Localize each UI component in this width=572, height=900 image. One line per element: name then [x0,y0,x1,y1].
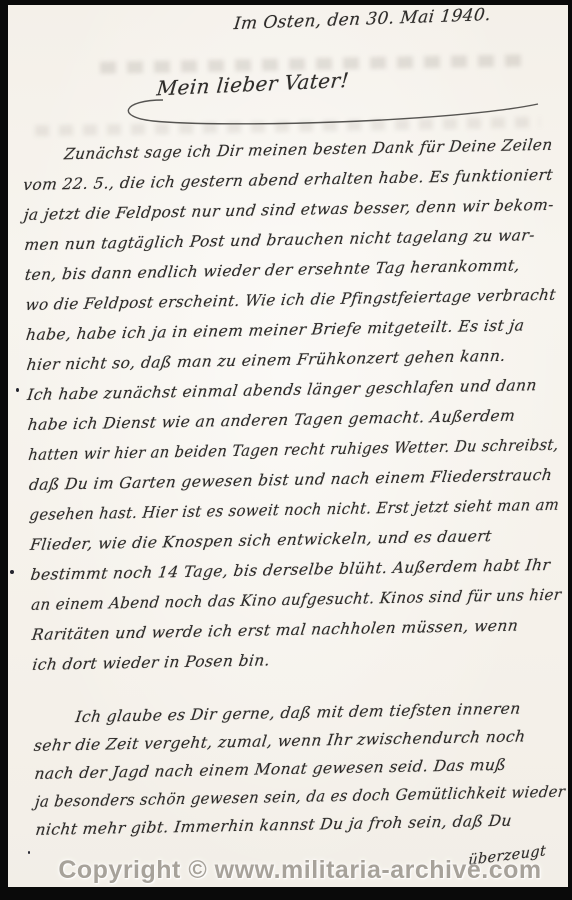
ink-speck [28,851,30,854]
ink-speck [10,570,14,574]
letter-scan-page: Im Osten, den 30. Mai 1940. Mein lieber … [0,0,572,900]
letter-salutation-block: Mein lieber Vater! [118,78,448,124]
copyright-watermark: Copyright © www.militaria-archive.com [14,856,572,885]
ink-speck [16,388,19,392]
letter-body: Zunächst sage ich Dir meinen besten Dank… [22,130,565,844]
letter-paragraph-1: Zunächst sage ich Dir meinen besten Dank… [22,130,562,680]
scan-border-bottom [0,887,572,900]
salutation-flourish-underline [33,92,553,132]
scan-border-left [0,0,8,900]
scan-border-right [568,0,572,900]
letter-dateline: Im Osten, den 30. Mai 1940. [233,5,492,34]
letter-paragraph-2: Ich glaube es Dir gerne, daß mit dem tie… [33,694,566,844]
